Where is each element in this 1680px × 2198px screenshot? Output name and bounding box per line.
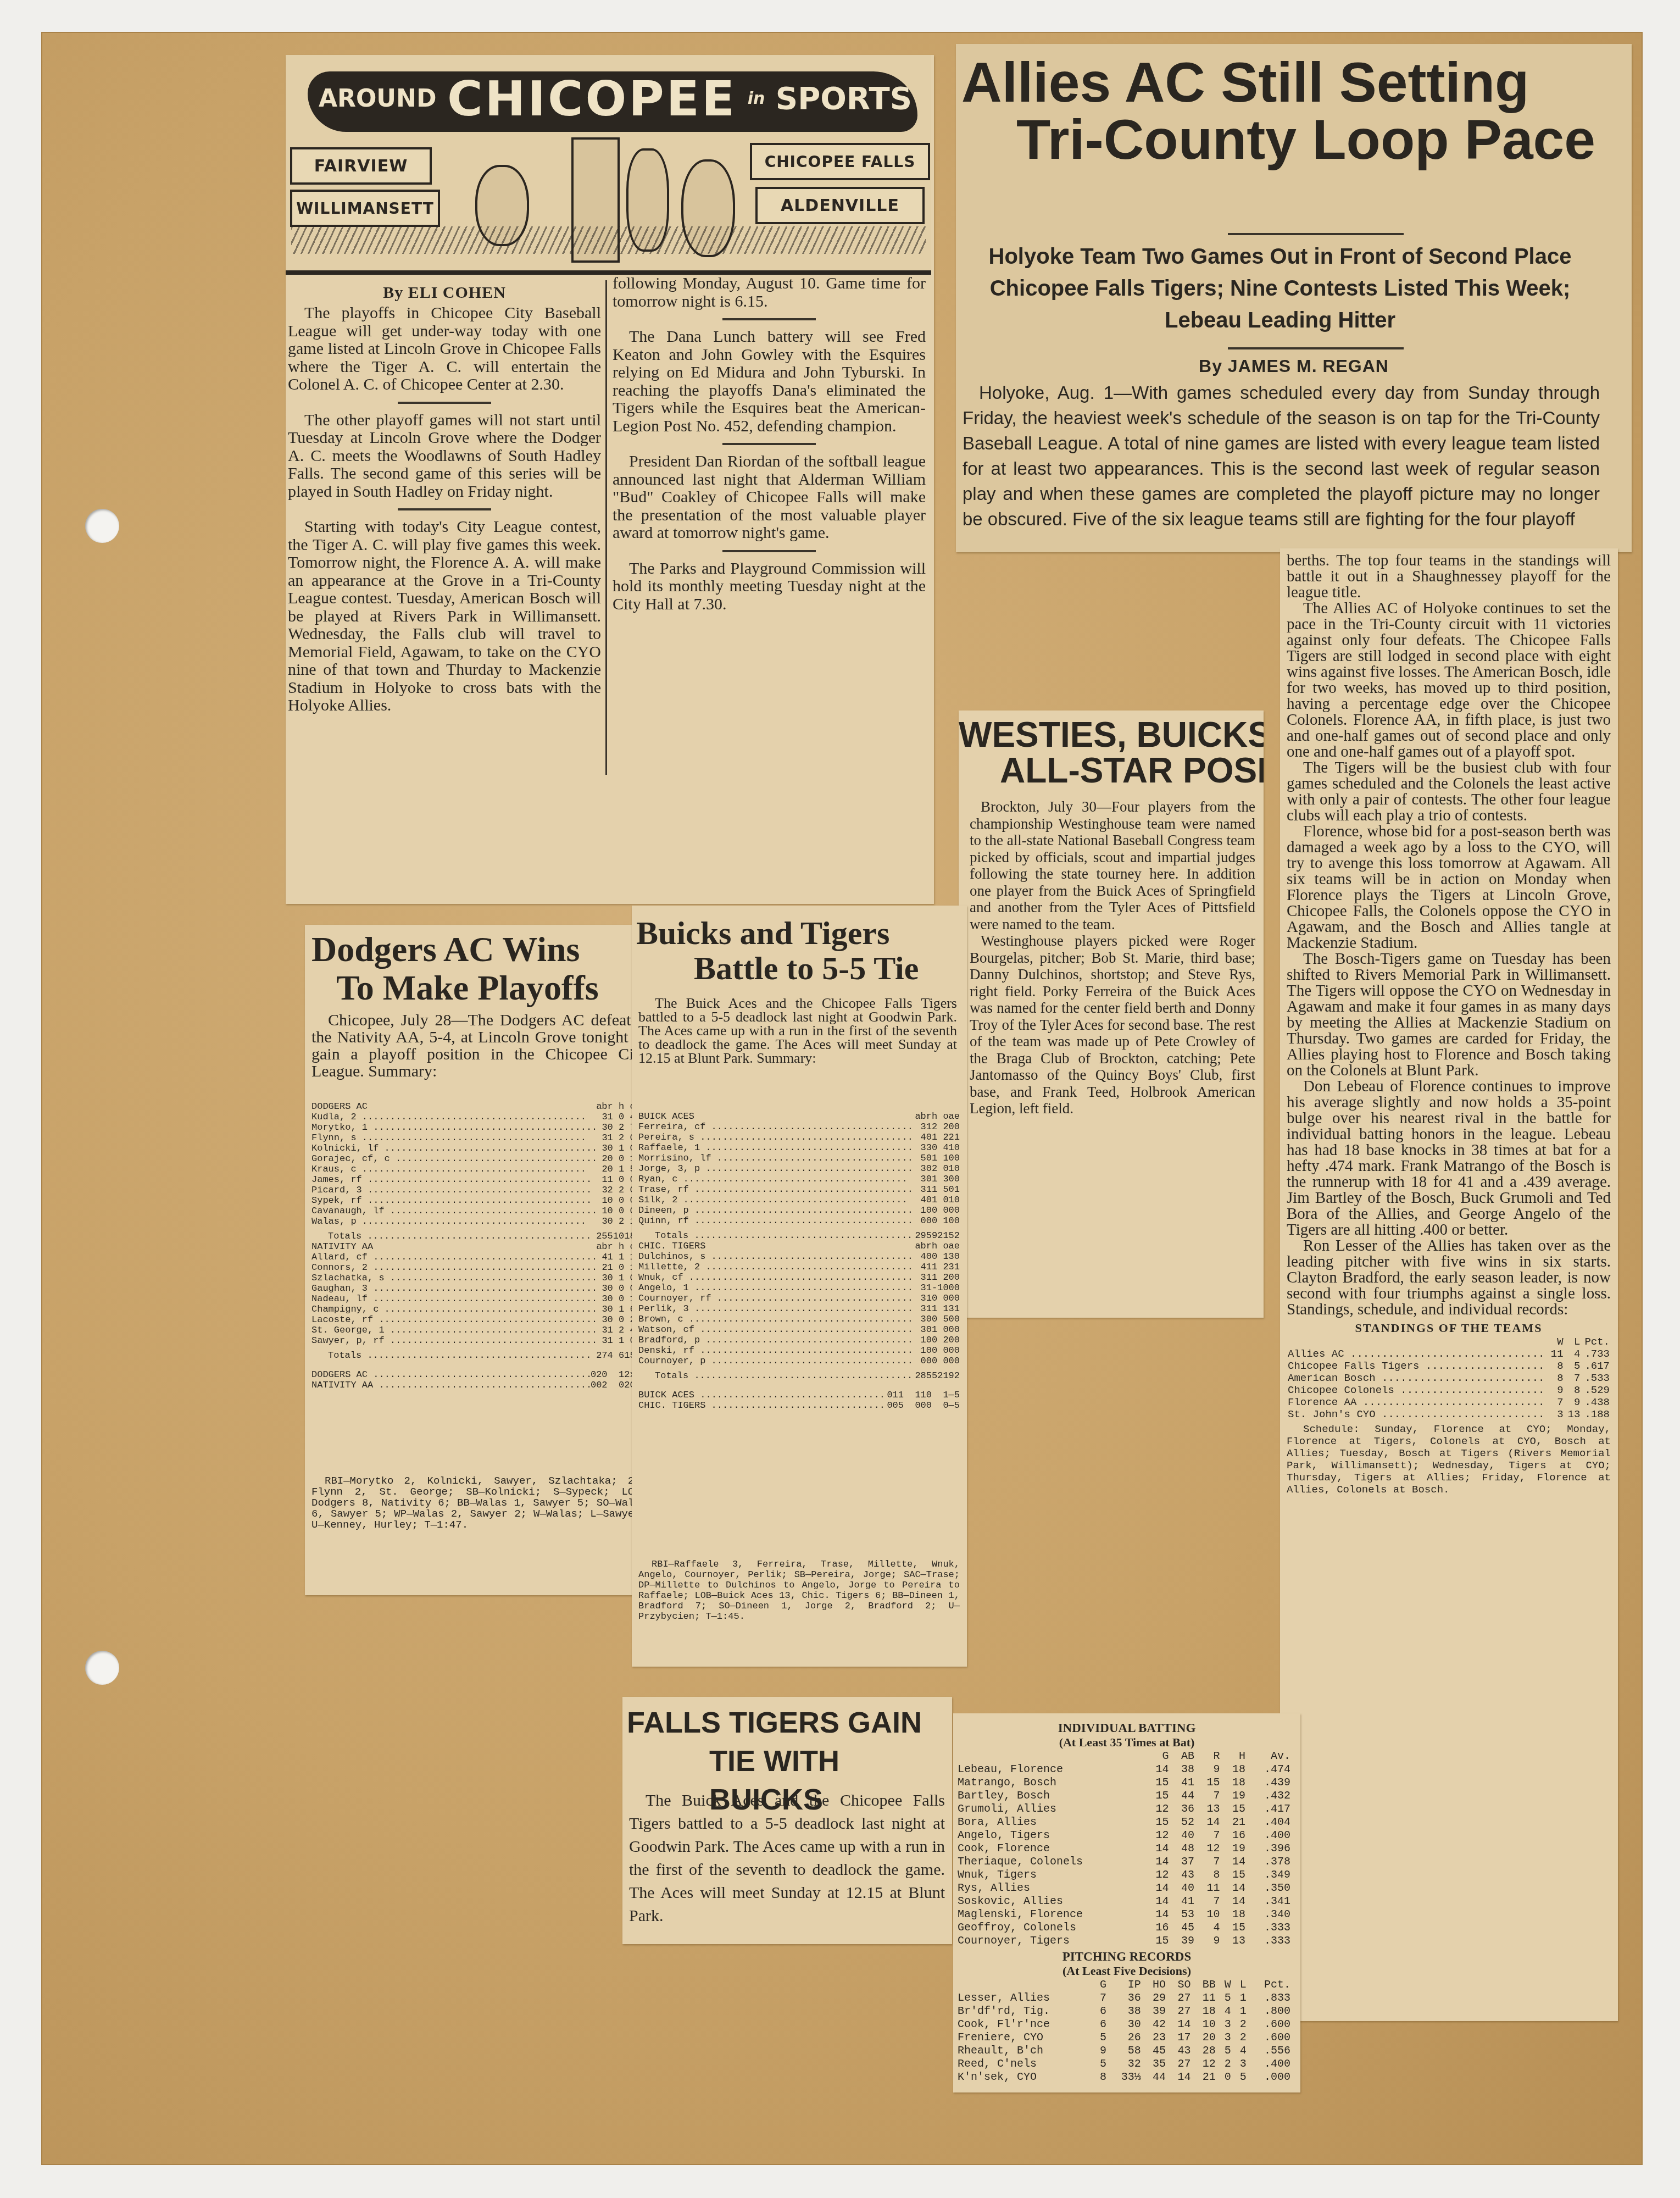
stat-value: 2 xyxy=(932,1122,937,1133)
stat-value: 3 xyxy=(596,1284,607,1294)
stat-value: 0 xyxy=(949,1314,954,1325)
stat-value: 1 xyxy=(932,1185,937,1195)
stat-value: 9 xyxy=(1565,1397,1581,1408)
stat-value: 3 xyxy=(949,1262,954,1273)
linescore-score: 005 000 0—5 xyxy=(887,1401,960,1411)
record-row: Rys, Allies14401114.350 xyxy=(958,1883,1290,1895)
col-g: G xyxy=(1144,1751,1169,1763)
stat-value: 7 xyxy=(1548,1397,1564,1408)
stat-value: 0 xyxy=(949,1283,954,1294)
stat-value: 1 xyxy=(926,1262,932,1273)
stat-value: 19 xyxy=(1221,1790,1245,1802)
player-name: Champigny, c xyxy=(311,1305,596,1315)
player-name: Brown, c xyxy=(638,1314,915,1325)
linescore-table: DODGERS AC020 12x—5NATIVITY AA002 020—4 xyxy=(311,1370,647,1391)
player-name: Maglenski, Florence xyxy=(958,1909,1143,1921)
player-name: Jorge, 3, p xyxy=(638,1164,915,1174)
stat-value: .404 xyxy=(1247,1817,1290,1829)
player-row: Denski, rf100000 xyxy=(638,1346,960,1356)
stat-value: 1 xyxy=(932,1262,937,1273)
stat-value: 0 xyxy=(949,1153,954,1164)
col-ho: HO xyxy=(1142,1979,1166,1991)
stat-value: 3 xyxy=(596,1112,607,1123)
allies-lead-paragraph: Holyoke, Aug. 1—With games scheduled eve… xyxy=(963,380,1600,532)
stat-value: 44 xyxy=(1170,1790,1194,1802)
player-name: Lesser, Allies xyxy=(958,1992,1091,2005)
stat-value: 1 xyxy=(915,1206,926,1216)
stat-value: 3 xyxy=(949,1304,954,1314)
stat-value: 18 xyxy=(1221,1777,1245,1789)
standings-row: Florence AA79.438 xyxy=(1288,1397,1610,1408)
linescore-team: DODGERS AC xyxy=(311,1370,591,1380)
player-row: Szlachatka, s301011 xyxy=(311,1273,647,1284)
stat-value: 14 xyxy=(1144,1883,1169,1895)
record-row: Geoffroy, Colonels1645415.333 xyxy=(958,1922,1290,1934)
total-value: 6 xyxy=(613,1346,624,1361)
stat-value: 14 xyxy=(1144,1909,1169,1921)
stat-value: 3 xyxy=(596,1144,607,1154)
stat-value: 1 xyxy=(926,1122,932,1133)
stat-value: 0 xyxy=(926,1325,932,1335)
stat-value: 0 xyxy=(932,1206,937,1216)
stat-value: 0 xyxy=(949,1216,954,1226)
allies-continued-text: berths. The top four teams in the standi… xyxy=(1287,553,1611,1496)
banner-title: AROUND CHICOPEE in SPORTS xyxy=(319,70,912,127)
paragraph: The other playoff games will not start u… xyxy=(288,412,601,501)
stat-value: 14 xyxy=(1144,1856,1169,1868)
totals-label: Totals xyxy=(311,1227,596,1242)
pitching-table: GIPHOSOBBWLPct. Lesser, Allies7362927115… xyxy=(956,1978,1292,2085)
stat-value: 2 xyxy=(613,1185,624,1196)
column-label: o xyxy=(937,1241,948,1252)
record-row: Lesser, Allies73629271151.833 xyxy=(958,1992,1290,2005)
player-row: Angelo, 131-1000 xyxy=(638,1283,960,1294)
divider xyxy=(398,402,491,404)
standings-row: St. John's CYO313.188 xyxy=(1288,1409,1610,1420)
stat-value: 1 xyxy=(932,1304,937,1314)
stat-value: 3 xyxy=(1548,1409,1564,1420)
player-name: Flynn, s xyxy=(311,1133,596,1144)
player-name: Morrisino, lf xyxy=(638,1153,915,1164)
player-name: Cournoyer, rf xyxy=(638,1294,915,1304)
stat-value: .378 xyxy=(1247,1856,1290,1868)
linescore-row: NATIVITY AA002 020—4 xyxy=(311,1380,647,1391)
stat-value: 21 xyxy=(1192,2072,1215,2084)
stat-value: 0 xyxy=(608,1273,613,1284)
player-row: Ryan, c301300 xyxy=(638,1174,960,1185)
stat-value: 3 xyxy=(596,1336,607,1346)
stat-value: 7 xyxy=(1195,1830,1220,1842)
stat-value: 5 xyxy=(1232,2072,1247,2084)
stat-value: 3 xyxy=(915,1143,926,1153)
stat-value: 10 xyxy=(1195,1909,1220,1921)
stat-value: 1 xyxy=(915,1335,926,1346)
player-row: Picard, 3322020 xyxy=(311,1185,647,1196)
paragraph: The Parks and Playground Commission will… xyxy=(613,560,926,614)
player-name: Dineen, p xyxy=(638,1206,915,1216)
stat-value: 15 xyxy=(1221,1922,1245,1934)
stat-value: 12 xyxy=(1195,1843,1220,1855)
stat-value: 0 xyxy=(926,1216,932,1226)
stat-value: 2 xyxy=(932,1164,937,1174)
stat-value: 1 xyxy=(932,1133,937,1143)
divider xyxy=(1228,347,1404,349)
stat-value: 26 xyxy=(1108,2032,1141,2044)
stat-value: 3 xyxy=(915,1283,926,1294)
stat-value: 14 xyxy=(1144,1896,1169,1908)
stat-value: 6 xyxy=(1092,2006,1106,2018)
stat-value: 9 xyxy=(1195,1764,1220,1776)
stat-value: 21 xyxy=(1221,1817,1245,1829)
stat-value: 58 xyxy=(1108,2045,1141,2057)
headline-line-1: WESTIES, BUICKS GET xyxy=(959,717,1264,753)
stat-value: 3 xyxy=(915,1174,926,1185)
team-name: BUICK ACES xyxy=(638,1112,915,1122)
banner-word-chicopee: CHICOPEE xyxy=(447,70,737,127)
player-name: Trase, rf xyxy=(638,1185,915,1195)
stat-value: 0 xyxy=(613,1175,624,1185)
stat-value: .396 xyxy=(1247,1843,1290,1855)
banner-word-sports: SPORTS xyxy=(776,81,912,116)
player-name: Cournoyer, p xyxy=(638,1356,915,1367)
stat-value: 0 xyxy=(954,1346,960,1356)
player-row: Perlik, 3311131 xyxy=(638,1304,960,1314)
stat-value: 0 xyxy=(954,1335,960,1346)
stat-value: 11 xyxy=(1195,1883,1220,1895)
total-value: 2 xyxy=(954,1226,960,1241)
stat-value: 3 xyxy=(915,1273,926,1283)
stat-value: .833 xyxy=(1248,1992,1290,2005)
column-label: e xyxy=(954,1112,960,1122)
player-row: Watson, cf301000 xyxy=(638,1325,960,1335)
team-name: DODGERS AC xyxy=(311,1102,596,1112)
record-row: K'n'sek, CYO833⅓44142105.000 xyxy=(958,2072,1290,2084)
record-row: Freniere, CYO52623172032.600 xyxy=(958,2032,1290,2044)
stat-value: 0 xyxy=(937,1346,948,1356)
stat-value: 9 xyxy=(1195,1935,1220,1947)
column-label: h xyxy=(613,1242,624,1252)
total-value: 25 xyxy=(596,1227,607,1242)
paragraph: The Allies AC of Holyoke continues to se… xyxy=(1287,601,1611,760)
total-value: 28 xyxy=(915,1367,926,1381)
stat-value: 5 xyxy=(1217,2045,1231,2057)
column-label: h xyxy=(932,1241,937,1252)
stat-value: 1 xyxy=(937,1304,948,1314)
stat-value: 35 xyxy=(1142,2058,1166,2071)
stat-value: 0 xyxy=(926,1252,932,1262)
player-name: Sawyer, p, rf xyxy=(311,1336,596,1346)
player-name: Wnuk, Tigers xyxy=(958,1869,1143,1881)
stat-value: 15 xyxy=(1144,1817,1169,1829)
player-name: Picard, 3 xyxy=(311,1185,596,1196)
player-name: Br'df'rd, Tig. xyxy=(958,2006,1091,2018)
dodgers-lead: Chicopee, July 28—The Dodgers AC defeate… xyxy=(311,1012,647,1080)
column-label: ab xyxy=(915,1112,926,1122)
paragraph: The Tigers will be the busiest club with… xyxy=(1287,760,1611,824)
totals-row: Totals27461554 xyxy=(311,1346,647,1361)
stat-value: 0 xyxy=(608,1305,613,1315)
player-row: Cournoyer, rf310000 xyxy=(638,1294,960,1304)
stat-value: 0 xyxy=(949,1356,954,1367)
stat-value: 12 xyxy=(1192,2058,1215,2071)
stat-value: 1 xyxy=(932,1174,937,1185)
stat-value: 3 xyxy=(596,1325,607,1336)
stat-value: 0 xyxy=(954,1314,960,1325)
sign-chicopee-falls: CHICOPEE FALLS xyxy=(750,143,930,180)
stat-value: 0 xyxy=(932,1346,937,1356)
stat-value: 0 xyxy=(613,1196,624,1206)
stat-value: 5 xyxy=(1217,1992,1231,2005)
player-name: Perlik, 3 xyxy=(638,1304,915,1314)
stat-value: 5 xyxy=(1092,2058,1106,2071)
column-label: ab xyxy=(915,1241,926,1252)
allies-subhead: Holyoke Team Two Games Out in Front of S… xyxy=(961,241,1599,336)
player-name: Reed, C'nels xyxy=(958,2058,1091,2071)
stat-value: 8 xyxy=(1548,1361,1564,1372)
player-row: Champigny, c301602 xyxy=(311,1305,647,1315)
stat-value: 20 xyxy=(1192,2032,1215,2044)
stat-value: 32 xyxy=(1108,2058,1141,2071)
byline-eli-cohen: By ELI COHEN xyxy=(288,284,601,302)
player-name: Rheault, B'ch xyxy=(958,2045,1091,2057)
total-value: 9 xyxy=(949,1367,954,1381)
stat-value: 1 xyxy=(613,1273,624,1284)
stat-value: 0 xyxy=(954,1356,960,1367)
player-name: Bradford, p xyxy=(638,1335,915,1346)
record-row: Rheault, B'ch95845432854.556 xyxy=(958,2045,1290,2057)
stat-value: 7 xyxy=(1092,1992,1106,2005)
player-row: Gaughan, 3300010 xyxy=(311,1284,647,1294)
player-name: St. George, 1 xyxy=(311,1325,596,1336)
team-name: American Bosch xyxy=(1288,1373,1547,1384)
player-row: Ferreira, cf312200 xyxy=(638,1122,960,1133)
team-name: Florence AA xyxy=(1288,1397,1547,1408)
player-name: Watson, cf xyxy=(638,1325,915,1335)
stat-value: 27 xyxy=(1167,2058,1191,2071)
stat-value: .417 xyxy=(1247,1803,1290,1816)
total-value: 29 xyxy=(915,1226,926,1241)
col-avg: Av. xyxy=(1247,1751,1290,1763)
stat-value: 6 xyxy=(1092,2019,1106,2031)
stat-value: 3 xyxy=(596,1315,607,1325)
dodgers-box-score: DODGERS ACabrhoaeKudla, 2310410Morytko, … xyxy=(311,1102,647,1391)
stat-value: 2 xyxy=(613,1217,624,1227)
stat-value: 4 xyxy=(1217,2006,1231,2018)
totals-label: Totals xyxy=(638,1367,915,1381)
player-row: Kraus, c201501 xyxy=(311,1164,647,1175)
pitching-subtitle: (At Least Five Decisions) xyxy=(953,1964,1300,1978)
total-value: 5 xyxy=(949,1226,954,1241)
paragraph: Ron Lesser of the Allies has taken over … xyxy=(1287,1238,1611,1318)
stat-value: 0 xyxy=(926,1206,932,1216)
team-name: Chicopee Falls Tigers xyxy=(1288,1361,1547,1372)
player-name: Lebeau, Florence xyxy=(958,1764,1143,1776)
stat-value: .474 xyxy=(1247,1764,1290,1776)
record-row: Br'df'rd, Tig.63839271841.800 xyxy=(958,2006,1290,2018)
player-name: Rys, Allies xyxy=(958,1883,1143,1895)
col-bb: BB xyxy=(1192,1979,1215,1991)
column-label: a xyxy=(949,1112,954,1122)
pitching-header: GIPHOSOBBWLPct. xyxy=(958,1979,1290,1991)
stat-value: 1 xyxy=(937,1216,948,1226)
total-value: 21 xyxy=(937,1226,948,1241)
stat-value: 52 xyxy=(1170,1817,1194,1829)
buicks-lead: The Buick Aces and the Chicopee Falls Ti… xyxy=(638,996,957,1065)
stat-value: 1 xyxy=(613,1144,624,1154)
stat-value: 0 xyxy=(613,1263,624,1273)
binder-hole-top xyxy=(85,509,119,543)
team-name: Allies AC xyxy=(1288,1348,1547,1359)
scrapbook-page: AROUND CHICOPEE in SPORTS FAIRVIEW WILLI… xyxy=(41,32,1643,2165)
player-name: Grumoli, Allies xyxy=(958,1803,1143,1816)
stat-value: 0 xyxy=(608,1123,613,1133)
stat-value: 3 xyxy=(915,1164,926,1174)
stat-value: 3 xyxy=(915,1122,926,1133)
stat-value: 14 xyxy=(1221,1856,1245,1868)
ground-hatching xyxy=(291,226,926,254)
stat-value: 1 xyxy=(926,1294,932,1304)
linescore-row: BUICK ACES011 110 1—5 xyxy=(638,1390,960,1401)
stat-value: 15 xyxy=(1144,1777,1169,1789)
stat-value: 3 xyxy=(915,1294,926,1304)
stat-value: 15 xyxy=(1221,1869,1245,1881)
column-label: r xyxy=(926,1112,932,1122)
stat-value: 13 xyxy=(1195,1803,1220,1816)
stat-value: 18 xyxy=(1192,2006,1215,2018)
stat-value: 0 xyxy=(954,1153,960,1164)
stat-value: 4 xyxy=(1565,1348,1581,1359)
stat-value: 1 xyxy=(613,1336,624,1346)
stat-value: 0 xyxy=(926,1346,932,1356)
stat-value: 0 xyxy=(932,1143,937,1153)
stat-value: 18 xyxy=(1221,1764,1245,1776)
stat-value: 0 xyxy=(954,1195,960,1206)
chicopee-right-column: following Monday, August 10. Game time f… xyxy=(613,275,926,613)
player-name: Sypek, rf xyxy=(311,1196,596,1206)
stat-value: .439 xyxy=(1247,1777,1290,1789)
player-row: Brown, c300500 xyxy=(638,1314,960,1325)
stat-value: 45 xyxy=(1170,1922,1194,1934)
column-label: r xyxy=(926,1241,932,1252)
stat-value: 2 xyxy=(596,1154,607,1164)
stat-value: 0 xyxy=(608,1196,613,1206)
totals-row: Totals28552192 xyxy=(638,1367,960,1381)
stat-value: 1 xyxy=(596,1196,607,1206)
stat-value: 3 xyxy=(596,1133,607,1144)
team-name: St. John's CYO xyxy=(1288,1409,1547,1420)
allies-headline: Allies AC Still Setting Tri-County Loop … xyxy=(961,54,1626,168)
player-name: James, rf xyxy=(311,1175,596,1185)
record-row: Lebeau, Florence1438918.474 xyxy=(958,1764,1290,1776)
player-name: Lacoste, rf xyxy=(311,1315,596,1325)
player-row: Millette, 2411231 xyxy=(638,1262,960,1273)
stat-value: 3 xyxy=(1217,2032,1231,2044)
stat-value: 1 xyxy=(608,1263,613,1273)
stat-value: 1 xyxy=(613,1252,624,1263)
stat-value: 0 xyxy=(926,1174,932,1185)
stat-value: 0 xyxy=(613,1284,624,1294)
stat-value: 1 xyxy=(954,1262,960,1273)
player-name: Denski, rf xyxy=(638,1346,915,1356)
stat-value: 0 xyxy=(949,1346,954,1356)
record-row: Soskovic, Allies1441714.341 xyxy=(958,1896,1290,1908)
stat-value: 15 xyxy=(1221,1803,1245,1816)
stat-value: 2 xyxy=(608,1185,613,1196)
player-row: Flynn, s312041 xyxy=(311,1133,647,1144)
buicks-tigers-article: Buicks and Tigers Battle to 5-5 Tie The … xyxy=(632,906,967,1667)
player-row: Kolnicki, lf301000 xyxy=(311,1144,647,1154)
dodgers-headline: Dodgers AC Wins To Make Playoffs xyxy=(311,930,652,1007)
falls-tigers-body: The Buick Aces and the Chicopee Falls Ti… xyxy=(629,1789,945,1928)
stat-value: 42 xyxy=(1142,2019,1166,2031)
stat-value: 0 xyxy=(613,1206,624,1217)
totals-row: Totals255101883 xyxy=(311,1227,647,1242)
stat-value: 2 xyxy=(937,1122,948,1133)
stat-value: .350 xyxy=(1247,1883,1290,1895)
stat-value: 0 xyxy=(1217,2072,1231,2084)
stat-value: .188 xyxy=(1581,1409,1610,1420)
col-l: L xyxy=(1232,1979,1247,1991)
stat-value: 8 xyxy=(1565,1385,1581,1396)
team-header-row: BUICK ACESabrhoae xyxy=(638,1112,960,1122)
player-row: Jorge, 3, p302010 xyxy=(638,1164,960,1174)
chicopee-left-column: By ELI COHEN The playoffs in Chicopee Ci… xyxy=(288,280,601,715)
col-l: L xyxy=(1565,1336,1581,1347)
stat-value: 0 xyxy=(613,1112,624,1123)
stat-value: 3 xyxy=(596,1294,607,1305)
player-row: Bradford, p100200 xyxy=(638,1335,960,1346)
divider xyxy=(722,443,816,445)
stat-value: 9 xyxy=(1092,2045,1106,2057)
stat-value: 2 xyxy=(613,1325,624,1336)
col-r: R xyxy=(1195,1751,1220,1763)
team-name: Chicopee Colonels xyxy=(1288,1385,1547,1396)
totals-label: Totals xyxy=(638,1226,915,1241)
stat-value: 11 xyxy=(1548,1348,1564,1359)
stat-value: 1 xyxy=(1232,1992,1247,2005)
stat-value: 48 xyxy=(1170,1843,1194,1855)
stat-value: .400 xyxy=(1248,2058,1290,2071)
stat-value: 1 xyxy=(932,1153,937,1164)
stat-value: - xyxy=(932,1283,937,1294)
col-g: G xyxy=(1092,1979,1106,1991)
stat-value: .617 xyxy=(1581,1361,1610,1372)
stat-value: 0 xyxy=(954,1294,960,1304)
sign-aldenville: ALDENVILLE xyxy=(755,187,925,224)
player-name: Walas, p xyxy=(311,1217,596,1227)
stat-value: 43 xyxy=(1167,2045,1191,2057)
total-value: 2 xyxy=(954,1367,960,1381)
stat-value: 0 xyxy=(954,1164,960,1174)
player-name: Wnuk, cf xyxy=(638,1273,915,1283)
stat-value: 3 xyxy=(915,1314,926,1325)
stat-value: 3 xyxy=(596,1273,607,1284)
stat-value: 0 xyxy=(932,1356,937,1367)
headline-line-2: Tri-County Loop Pace xyxy=(961,111,1626,168)
headline-line-1: Allies AC Still Setting xyxy=(961,54,1626,111)
record-row: Cournoyer, Tigers1539913.333 xyxy=(958,1935,1290,1947)
stat-value: 4 xyxy=(915,1133,926,1143)
sign-willimansett: WILLIMANSETT xyxy=(290,190,440,227)
stat-value: .400 xyxy=(1247,1830,1290,1842)
player-name: Cavanaugh, lf xyxy=(311,1206,596,1217)
player-row: St. George, 1312400 xyxy=(311,1325,647,1336)
stat-value: .341 xyxy=(1247,1896,1290,1908)
stat-value: 0 xyxy=(937,1294,948,1304)
stat-value: 10 xyxy=(1192,2019,1215,2031)
linescore-team: CHIC. TIGERS xyxy=(638,1401,887,1411)
total-value: 10 xyxy=(613,1227,624,1242)
